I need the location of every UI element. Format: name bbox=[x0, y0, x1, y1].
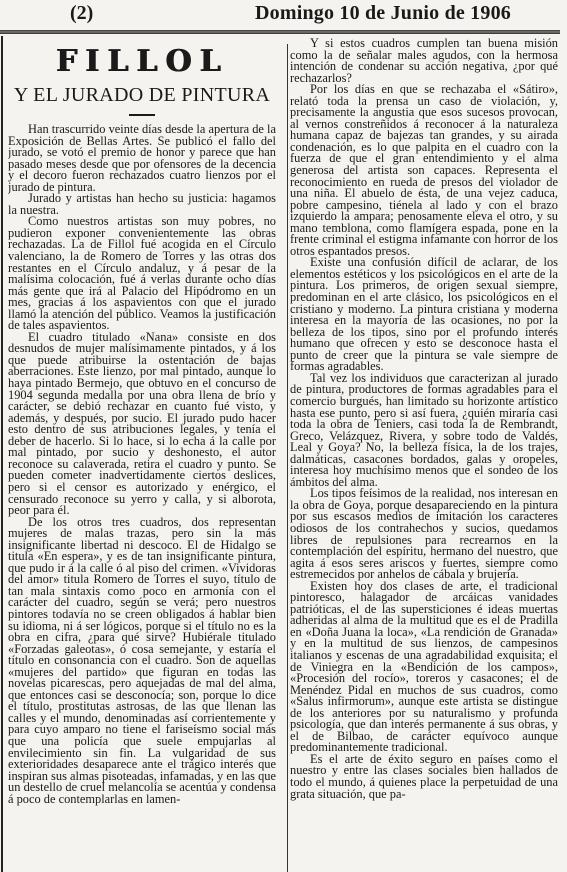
paragraph: Tal vez los individuos que caracterizan … bbox=[290, 373, 558, 488]
article-title: FILLOL bbox=[8, 42, 276, 82]
column-divider bbox=[287, 44, 288, 872]
page-left-border bbox=[1, 36, 3, 872]
paragraph: Jurado y artistas han hecho su justicia:… bbox=[8, 193, 276, 216]
masthead-rule bbox=[0, 30, 560, 34]
paragraph: Como nuestros artistas son muy pobres, n… bbox=[8, 216, 276, 331]
paragraph: Es el arte de éxito seguro en países com… bbox=[290, 754, 558, 800]
paragraph: El cuadro titulado «Nana» consiste en do… bbox=[8, 332, 276, 517]
paragraph: Existe una confusión difícil de aclarar,… bbox=[290, 257, 558, 372]
dateline: Domingo 10 de Junio de 1906 bbox=[255, 2, 511, 25]
paragraph: Los tipos feísimos de la realidad, nos i… bbox=[290, 488, 558, 580]
paragraph: Han trascurrido veinte días desde la ape… bbox=[8, 124, 276, 193]
column-right: Y si estos cuadros cumplen tan buena mis… bbox=[290, 38, 558, 872]
paragraph: Existen hoy dos clases de arte, el tradi… bbox=[290, 581, 558, 754]
masthead: (2) Domingo 10 de Junio de 1906 bbox=[0, 0, 567, 28]
paragraph: Y si estos cuadros cumplen tan buena mis… bbox=[290, 38, 558, 84]
paragraph: De los otros tres cuadros, dos represent… bbox=[8, 517, 276, 806]
column-left: FILLOL Y EL JURADO DE PINTURA Han trascu… bbox=[8, 38, 276, 872]
paragraph: Por los días en que se rechazaba el «Sát… bbox=[290, 84, 558, 257]
page-number: (2) bbox=[70, 2, 93, 25]
newspaper-page: (2) Domingo 10 de Junio de 1906 FILLOL Y… bbox=[0, 0, 567, 872]
article-subtitle: Y EL JURADO DE PINTURA bbox=[8, 82, 276, 108]
title-divider bbox=[129, 114, 155, 116]
